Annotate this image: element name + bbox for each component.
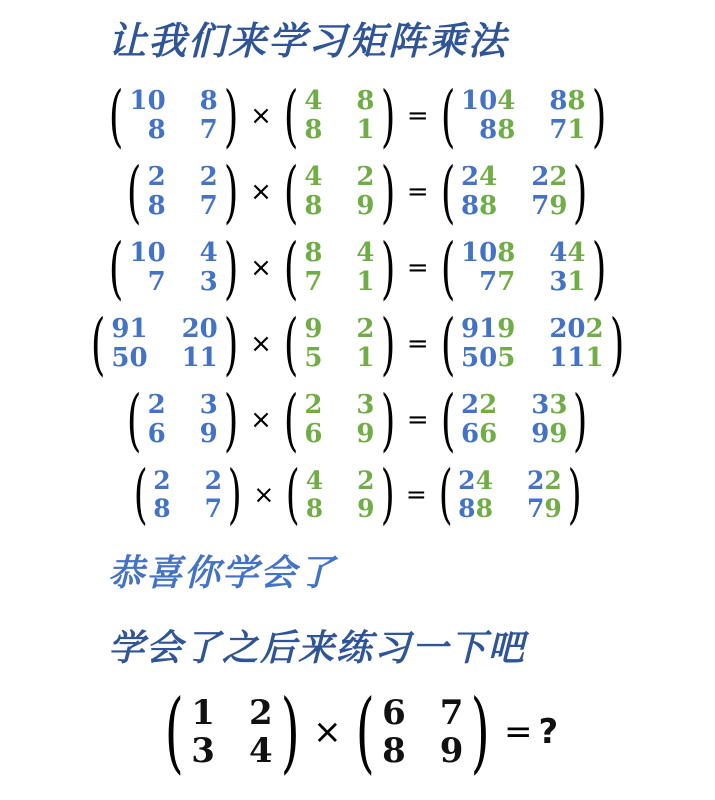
example-equation: (2287)×(4289)=(24228879) bbox=[0, 158, 715, 226]
matrix-cells: 8471 bbox=[304, 239, 374, 297]
matrix-a: (2369) bbox=[121, 386, 244, 454]
equals-operator: = bbox=[407, 177, 429, 207]
digit-segment: 2 bbox=[544, 466, 561, 495]
digit-segment: 1 bbox=[567, 115, 585, 145]
matrix-cell: 99 bbox=[531, 420, 567, 449]
matrix-cell: 4 bbox=[304, 87, 322, 116]
right-paren: ) bbox=[224, 82, 239, 150]
matrix-cell: 24 bbox=[458, 467, 493, 495]
digit-segment: 50 bbox=[461, 343, 497, 373]
matrix-cell: 8 bbox=[148, 192, 166, 221]
digit-segment: 3 bbox=[549, 267, 567, 297]
congrats-text: 恭喜你学会了 bbox=[108, 545, 336, 596]
matrix-cells: 2369 bbox=[148, 391, 218, 449]
digit-segment: 8 bbox=[476, 494, 493, 523]
right-paren: ) bbox=[380, 462, 394, 527]
matrix-cell: 24 bbox=[461, 163, 497, 192]
equals-operator: = bbox=[407, 329, 429, 359]
matrix-cell: 8 bbox=[153, 495, 170, 523]
times-operator: × bbox=[250, 329, 272, 359]
matrix-cell: 79 bbox=[531, 192, 567, 221]
left-paren: ( bbox=[284, 386, 299, 454]
right-paren: ) bbox=[573, 386, 588, 454]
right-paren: ) bbox=[224, 234, 239, 302]
matrix-cell: 1 bbox=[191, 694, 215, 732]
matrix-cell: 44 bbox=[549, 239, 585, 268]
matrix-a: (2287) bbox=[128, 462, 248, 527]
digit-segment: 7 bbox=[549, 115, 567, 145]
matrix-cells: 2369 bbox=[304, 391, 374, 449]
left-paren: ( bbox=[165, 688, 184, 776]
right-paren: ) bbox=[380, 310, 395, 378]
digit-segment: 4 bbox=[476, 466, 493, 495]
digit-segment: 4 bbox=[497, 86, 515, 116]
matrix-cell: 1 bbox=[356, 344, 374, 373]
matrix-cell: 8 bbox=[382, 732, 406, 770]
matrix-cells: 10473 bbox=[129, 239, 217, 297]
matrix-cell: 2 bbox=[148, 163, 166, 192]
right-paren: ) bbox=[380, 234, 395, 302]
right-paren: ) bbox=[573, 158, 588, 226]
matrix-cell: 8 bbox=[356, 87, 374, 116]
matrix-cell: 9 bbox=[304, 315, 322, 344]
matrix-cell: 505 bbox=[461, 344, 515, 373]
matrix-cell: 11 bbox=[182, 344, 218, 373]
matrix-b: (2369) bbox=[278, 386, 401, 454]
matrix-cells: 22336699 bbox=[461, 391, 567, 449]
right-paren: ) bbox=[610, 310, 625, 378]
matrix-cell: 5 bbox=[304, 344, 322, 373]
matrix-cells: 24228879 bbox=[461, 163, 567, 221]
practice-prompt: 学会了之后来练习一下吧 bbox=[108, 620, 526, 671]
matrix-cell: 7 bbox=[304, 268, 322, 297]
matrix-cell: 111 bbox=[549, 344, 603, 373]
equals-operator: = bbox=[407, 101, 429, 131]
matrix-cell: 4 bbox=[304, 163, 322, 192]
right-paren: ) bbox=[380, 158, 395, 226]
page-title: 让我们来学习矩阵乘法 bbox=[108, 10, 508, 65]
matrix-cell: 6 bbox=[304, 420, 322, 449]
matrix-cell: 7 bbox=[440, 694, 464, 732]
left-paren: ( bbox=[439, 462, 453, 527]
matrix-cell: 7 bbox=[205, 495, 222, 523]
digit-segment: 9 bbox=[549, 419, 567, 449]
matrix-cell: 88 bbox=[458, 495, 493, 523]
digit-segment: 9 bbox=[497, 314, 515, 344]
left-paren: ( bbox=[127, 386, 142, 454]
times-operator: × bbox=[250, 253, 272, 283]
times-operator: × bbox=[250, 101, 272, 131]
matrix-result: (22336699) bbox=[435, 386, 594, 454]
right-paren: ) bbox=[228, 462, 242, 527]
digit-segment: 7 bbox=[531, 191, 549, 221]
matrix-result: (108447731) bbox=[435, 234, 612, 302]
right-paren: ) bbox=[280, 688, 299, 776]
digit-segment: 1 bbox=[586, 343, 604, 373]
matrix-result: (104888871) bbox=[435, 82, 612, 150]
matrix-cell: 2 bbox=[148, 391, 166, 420]
digit-segment: 2 bbox=[586, 314, 604, 344]
digit-segment: 5 bbox=[497, 343, 515, 373]
times-operator: × bbox=[250, 177, 272, 207]
matrix-a: (10473) bbox=[103, 234, 244, 302]
matrix-cell: 9 bbox=[356, 420, 374, 449]
right-paren: ) bbox=[224, 158, 239, 226]
matrix-cells: 1234 bbox=[191, 694, 272, 770]
digit-segment: 7 bbox=[479, 267, 497, 297]
left-paren: ( bbox=[284, 234, 299, 302]
digit-segment: 8 bbox=[567, 86, 585, 116]
matrix-cells: 91205011 bbox=[111, 315, 217, 373]
digit-segment: 2 bbox=[479, 390, 497, 420]
matrix-cells: 4289 bbox=[304, 163, 374, 221]
right-paren: ) bbox=[380, 386, 395, 454]
right-paren: ) bbox=[224, 310, 239, 378]
matrix-cell: 77 bbox=[461, 268, 515, 297]
matrix-cell: 2 bbox=[356, 315, 374, 344]
example-equation: (10473)×(8471)=(108447731) bbox=[0, 234, 715, 302]
matrix-a: (2287) bbox=[121, 158, 244, 226]
right-paren: ) bbox=[568, 462, 582, 527]
matrix-cell: 50 bbox=[111, 344, 147, 373]
matrix-cell: 7 bbox=[200, 116, 218, 145]
matrix-a: (91205011) bbox=[85, 310, 244, 378]
matrix-cell: 91 bbox=[111, 315, 147, 344]
matrix-cell: 9 bbox=[440, 732, 464, 770]
right-paren: ) bbox=[380, 82, 395, 150]
times-operator: × bbox=[253, 480, 274, 509]
matrix-cells: 2287 bbox=[153, 467, 222, 523]
digit-segment: 8 bbox=[549, 86, 567, 116]
example-equation: (10887)×(4881)=(104888871) bbox=[0, 82, 715, 150]
matrix-cell: 4 bbox=[306, 467, 323, 495]
digit-segment: 6 bbox=[461, 419, 479, 449]
matrix-cell: 1 bbox=[356, 116, 374, 145]
matrix-cell: 2 bbox=[356, 163, 374, 192]
left-paren: ( bbox=[286, 462, 300, 527]
left-paren: ( bbox=[109, 234, 124, 302]
equals-operator: = bbox=[504, 712, 533, 752]
matrix-cell: 9 bbox=[356, 192, 374, 221]
digit-segment: 2 bbox=[549, 162, 567, 192]
matrix-cells: 104888871 bbox=[461, 87, 585, 145]
digit-segment: 8 bbox=[458, 494, 475, 523]
left-paren: ( bbox=[441, 158, 456, 226]
matrix-cells: 6789 bbox=[382, 694, 463, 770]
matrix-result: (919202505111) bbox=[435, 310, 630, 378]
digit-segment: 4 bbox=[479, 162, 497, 192]
exercise-matrix-b: (6789) bbox=[348, 688, 498, 776]
digit-segment: 8 bbox=[461, 191, 479, 221]
digit-segment: 8 bbox=[497, 115, 515, 145]
right-paren: ) bbox=[591, 234, 606, 302]
matrix-cell: 104 bbox=[461, 87, 515, 116]
matrix-b: (4289) bbox=[278, 158, 401, 226]
digit-segment: 7 bbox=[497, 267, 515, 297]
matrix-cell: 9 bbox=[200, 420, 218, 449]
matrix-cell: 3 bbox=[356, 391, 374, 420]
equals-operator: = bbox=[406, 480, 427, 509]
left-paren: ( bbox=[441, 234, 456, 302]
matrix-cell: 8 bbox=[304, 116, 322, 145]
digit-segment: 7 bbox=[527, 494, 544, 523]
matrix-cell: 3 bbox=[200, 268, 218, 297]
digit-segment: 10 bbox=[461, 86, 497, 116]
matrix-cells: 10887 bbox=[129, 87, 217, 145]
matrix-cell: 22 bbox=[461, 391, 497, 420]
matrix-cell: 22 bbox=[527, 467, 562, 495]
left-paren: ( bbox=[355, 688, 374, 776]
digit-segment: 2 bbox=[458, 466, 475, 495]
left-paren: ( bbox=[441, 310, 456, 378]
right-paren: ) bbox=[591, 82, 606, 150]
matrix-cell: 3 bbox=[200, 391, 218, 420]
exercise-equation: (1234)×(6789)=? bbox=[0, 688, 715, 776]
left-paren: ( bbox=[441, 386, 456, 454]
times-operator: × bbox=[313, 712, 342, 752]
matrix-cells: 919202505111 bbox=[461, 315, 604, 373]
digit-segment: 9 bbox=[549, 191, 567, 221]
digit-segment: 2 bbox=[461, 162, 479, 192]
matrix-cell: 71 bbox=[549, 116, 585, 145]
left-paren: ( bbox=[284, 158, 299, 226]
matrix-cell: 88 bbox=[461, 116, 515, 145]
digit-segment: 4 bbox=[549, 238, 567, 268]
matrix-cell: 2 bbox=[249, 694, 273, 732]
answer-placeholder: ? bbox=[538, 712, 558, 752]
matrix-cells: 4881 bbox=[304, 87, 374, 145]
matrix-cell: 10 bbox=[129, 87, 165, 116]
matrix-cell: 1 bbox=[356, 268, 374, 297]
left-paren: ( bbox=[134, 462, 148, 527]
digit-segment: 3 bbox=[549, 390, 567, 420]
digit-segment: 8 bbox=[497, 238, 515, 268]
matrix-cell: 6 bbox=[148, 420, 166, 449]
matrix-cell: 31 bbox=[549, 268, 585, 297]
matrix-cell: 8 bbox=[129, 116, 165, 145]
matrix-cell: 33 bbox=[531, 391, 567, 420]
matrix-cell: 6 bbox=[382, 694, 406, 732]
matrix-b: (9251) bbox=[278, 310, 401, 378]
matrix-b: (4881) bbox=[278, 82, 401, 150]
matrix-cells: 108447731 bbox=[461, 239, 585, 297]
example-equation: (2369)×(2369)=(22336699) bbox=[0, 386, 715, 454]
matrix-cell: 8 bbox=[306, 495, 323, 523]
left-paren: ( bbox=[109, 82, 124, 150]
matrix-b: (8471) bbox=[278, 234, 401, 302]
matrix-cell: 10 bbox=[129, 239, 165, 268]
matrix-cell: 2 bbox=[304, 391, 322, 420]
times-operator: × bbox=[250, 405, 272, 435]
matrix-cell: 4 bbox=[356, 239, 374, 268]
matrix-cells: 9251 bbox=[304, 315, 374, 373]
digit-segment: 8 bbox=[479, 115, 497, 145]
example-equation: (91205011)×(9251)=(919202505111) bbox=[0, 310, 715, 378]
left-paren: ( bbox=[284, 310, 299, 378]
matrix-cell: 2 bbox=[153, 467, 170, 495]
digit-segment: 3 bbox=[531, 390, 549, 420]
matrix-cell: 66 bbox=[461, 420, 497, 449]
matrix-cell: 79 bbox=[527, 495, 562, 523]
matrix-cells: 2287 bbox=[148, 163, 218, 221]
matrix-cell: 919 bbox=[461, 315, 515, 344]
left-paren: ( bbox=[441, 82, 456, 150]
matrix-cell: 4 bbox=[200, 239, 218, 268]
matrix-cell: 20 bbox=[182, 315, 218, 344]
example-equation: (2287)×(4289)=(24228879) bbox=[0, 462, 715, 527]
matrix-b: (4289) bbox=[280, 462, 400, 527]
equals-operator: = bbox=[407, 405, 429, 435]
matrix-cell: 2 bbox=[200, 163, 218, 192]
digit-segment: 9 bbox=[531, 419, 549, 449]
digit-segment: 20 bbox=[549, 314, 585, 344]
digit-segment: 8 bbox=[479, 191, 497, 221]
left-paren: ( bbox=[127, 158, 142, 226]
matrix-cell: 4 bbox=[249, 732, 273, 770]
digit-segment: 6 bbox=[479, 419, 497, 449]
digit-segment: 91 bbox=[461, 314, 497, 344]
matrix-cell: 202 bbox=[549, 315, 603, 344]
left-paren: ( bbox=[284, 82, 299, 150]
matrix-cell: 108 bbox=[461, 239, 515, 268]
digit-segment: 1 bbox=[567, 267, 585, 297]
digit-segment: 11 bbox=[549, 343, 585, 373]
matrix-cell: 7 bbox=[129, 268, 165, 297]
matrix-cells: 24228879 bbox=[458, 467, 562, 523]
digit-segment: 2 bbox=[527, 466, 544, 495]
matrix-cell: 88 bbox=[549, 87, 585, 116]
right-paren: ) bbox=[224, 386, 239, 454]
digit-segment: 10 bbox=[461, 238, 497, 268]
digit-segment: 2 bbox=[531, 162, 549, 192]
matrix-cell: 9 bbox=[357, 495, 374, 523]
matrix-cell: 8 bbox=[200, 87, 218, 116]
right-paren: ) bbox=[471, 688, 490, 776]
digit-segment: 4 bbox=[567, 238, 585, 268]
matrix-cell: 8 bbox=[304, 192, 322, 221]
exercise-matrix-a: (1234) bbox=[157, 688, 307, 776]
equals-operator: = bbox=[407, 253, 429, 283]
matrix-cell: 8 bbox=[304, 239, 322, 268]
matrix-cell: 2 bbox=[357, 467, 374, 495]
matrix-result: (24228879) bbox=[435, 158, 594, 226]
matrix-cell: 7 bbox=[200, 192, 218, 221]
matrix-cells: 4289 bbox=[306, 467, 375, 523]
matrix-cell: 88 bbox=[461, 192, 497, 221]
left-paren: ( bbox=[91, 310, 106, 378]
digit-segment: 2 bbox=[461, 390, 479, 420]
matrix-result: (24228879) bbox=[433, 462, 587, 527]
matrix-cell: 2 bbox=[205, 467, 222, 495]
matrix-cell: 22 bbox=[531, 163, 567, 192]
matrix-cell: 3 bbox=[191, 732, 215, 770]
digit-segment: 9 bbox=[544, 494, 561, 523]
matrix-a: (10887) bbox=[103, 82, 244, 150]
